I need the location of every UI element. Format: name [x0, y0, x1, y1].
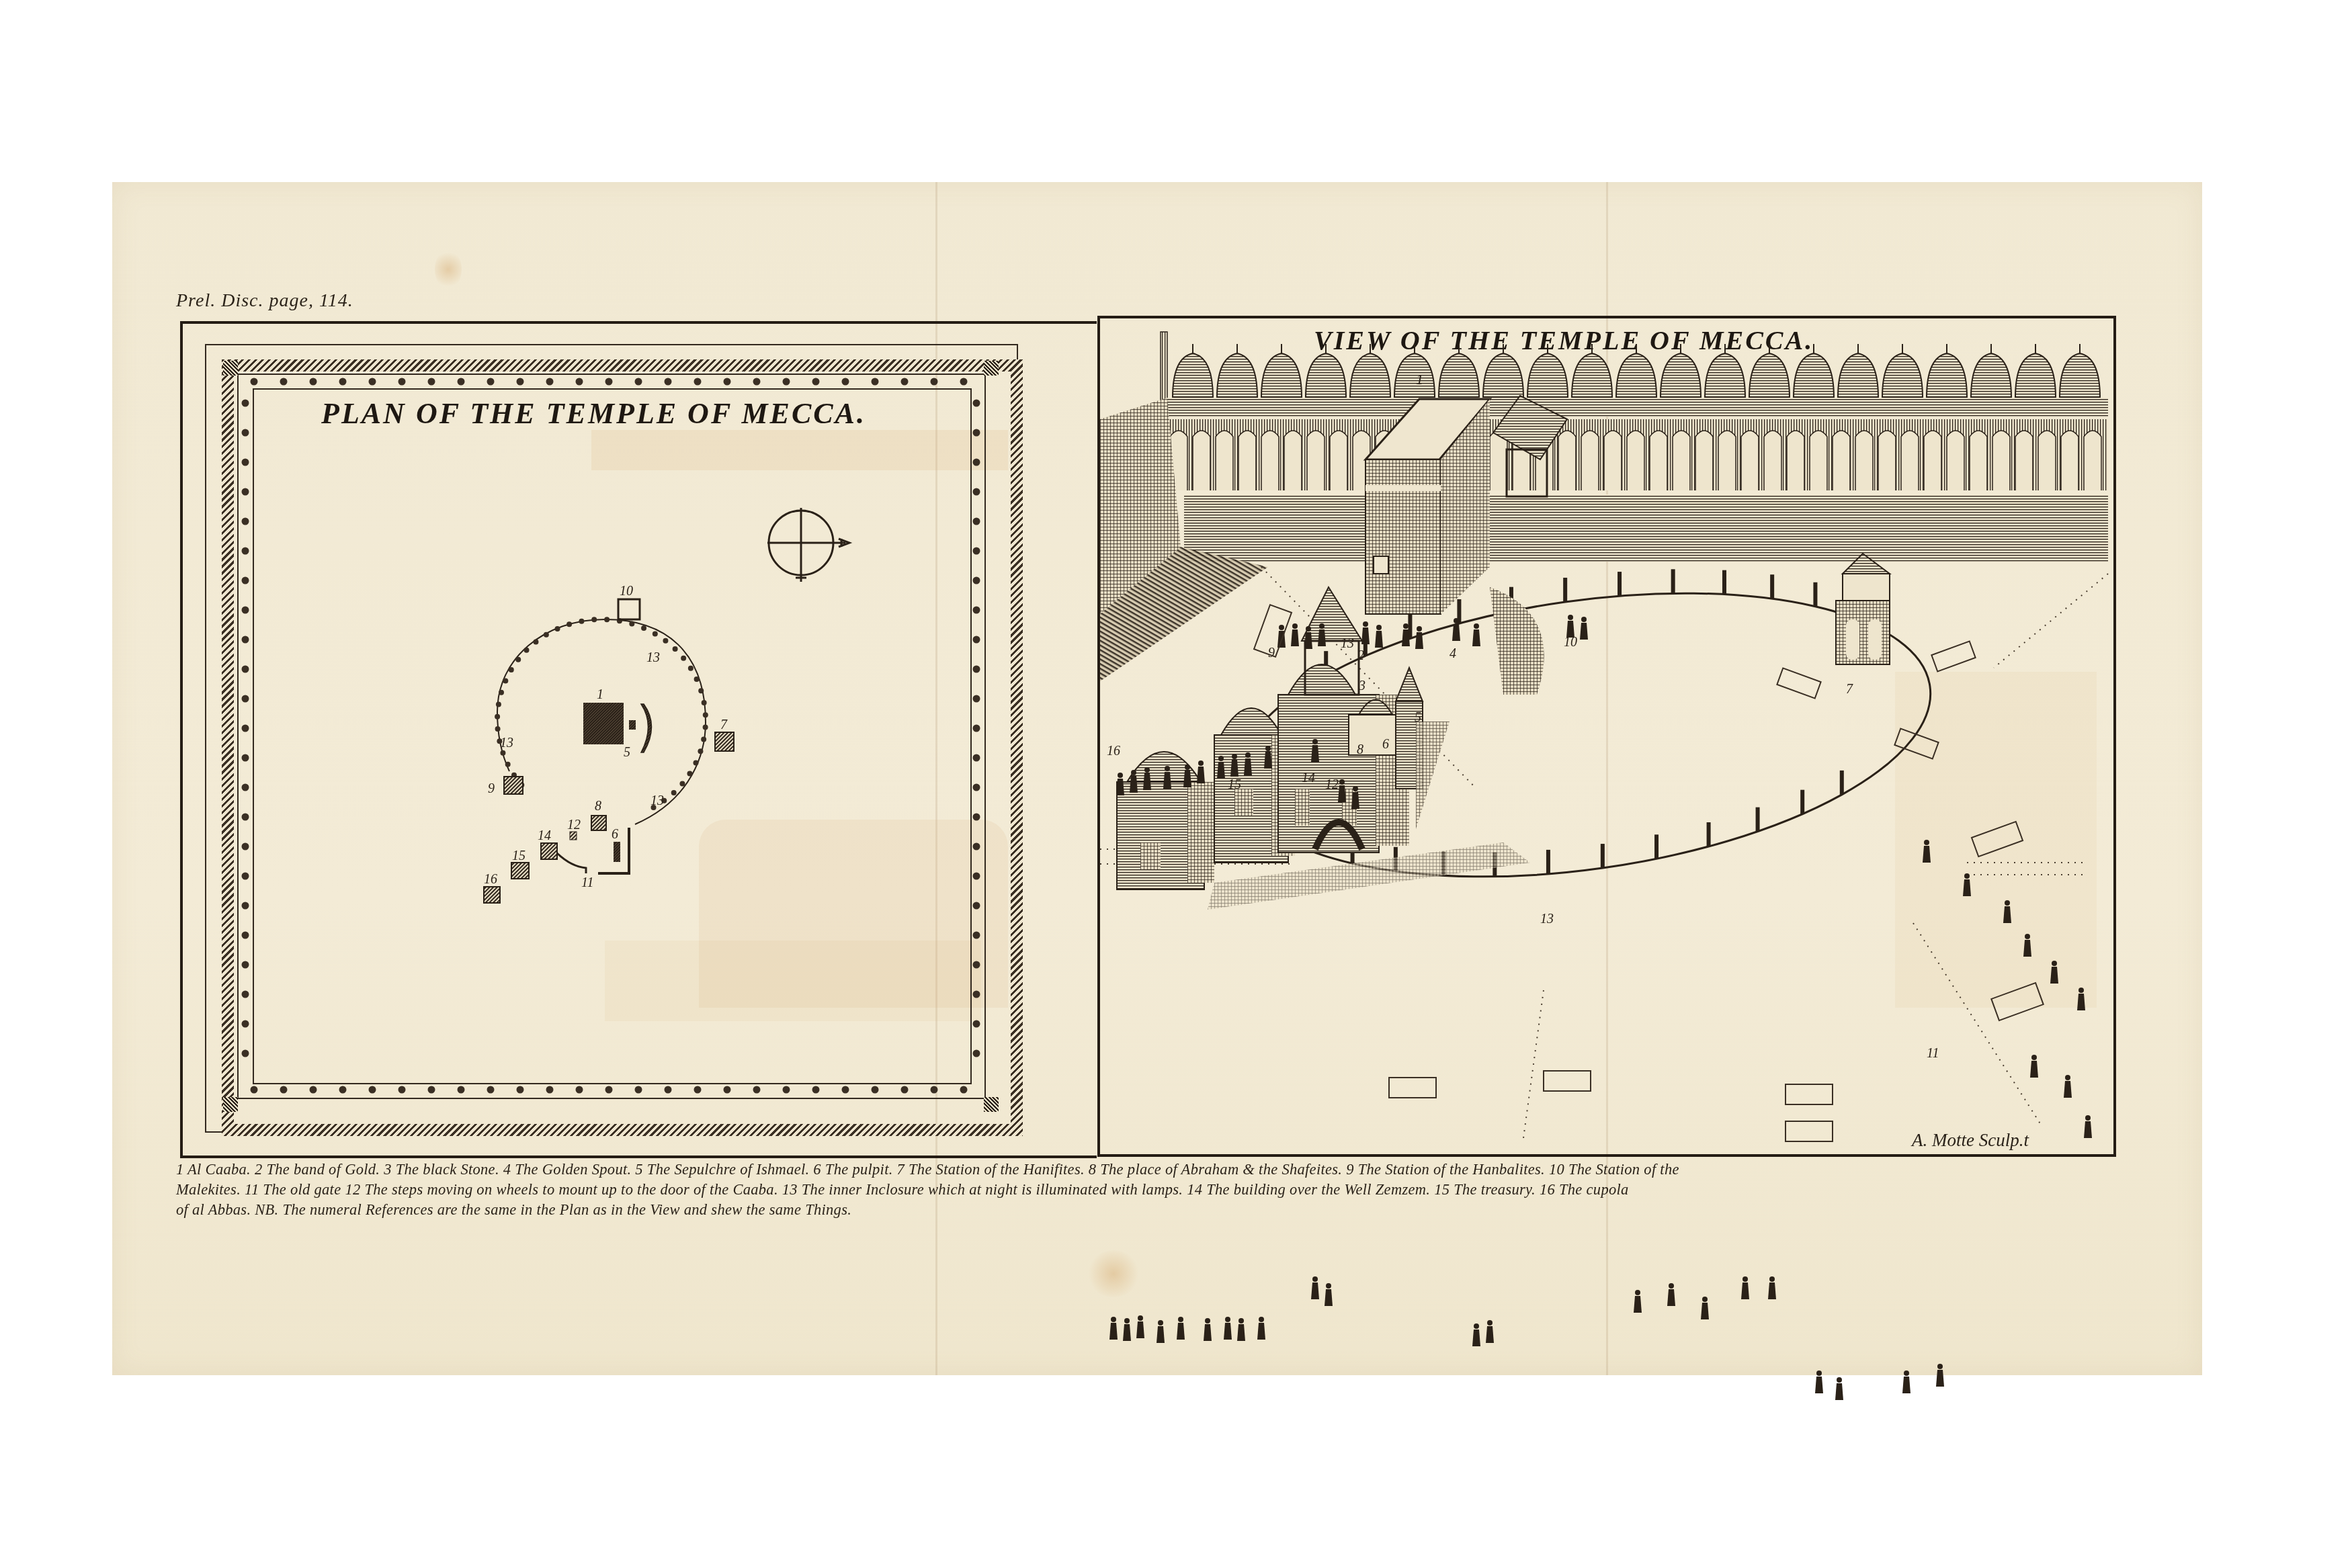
view-label-13: 13 — [1540, 912, 1554, 926]
view-label-16: 16 — [1107, 744, 1120, 758]
plan-label-14: 14 — [538, 828, 551, 843]
view-label-2: 2 — [1357, 648, 1364, 663]
plan-label-13: 13 — [500, 736, 513, 750]
plan-label-7: 7 — [720, 717, 728, 732]
plan-label-11: 11 — [581, 875, 594, 890]
view-label-14: 14 — [1302, 771, 1315, 785]
plan-label-13: 13 — [650, 793, 664, 808]
plan-label-5: 5 — [624, 745, 630, 760]
band-of-gold — [1366, 485, 1441, 491]
station-hanifites — [1836, 554, 1890, 664]
plan-label-16: 16 — [484, 872, 497, 887]
temple-plan-diagram: 1 5 10 7 9 13 13 13 8 12 6 11 14 15 16 — [470, 571, 773, 907]
plan-label-8: 8 — [595, 799, 601, 814]
view-label-15: 15 — [1228, 777, 1241, 792]
plan-label-10: 10 — [620, 584, 633, 599]
view-label-8: 8 — [1357, 742, 1363, 757]
colonnade-entablature — [1167, 398, 2108, 417]
sepulchre-of-ishmael — [1490, 587, 1544, 695]
compass-rose-icon — [766, 503, 867, 583]
plan-label-1: 1 — [597, 687, 603, 702]
colonnade-steps — [1184, 494, 2108, 562]
plan-label-15: 15 — [512, 848, 526, 863]
view-label-7: 7 — [1846, 682, 1853, 697]
view-label-12: 12 — [1325, 777, 1339, 792]
temple-view-engraving: 1 2 3 4 5 6 7 8 9 10 11 12 13 13 14 15 1… — [1100, 318, 2109, 1150]
kaaba-door — [1374, 556, 1388, 574]
view-label-1: 1 — [1416, 371, 1423, 388]
plan-label-6: 6 — [612, 827, 618, 842]
view-label-3: 3 — [1358, 679, 1366, 693]
view-label-4: 4 — [1450, 646, 1456, 661]
view-label-11: 11 — [1927, 1046, 1939, 1061]
minaret — [1161, 332, 1167, 406]
plan-label-12: 12 — [567, 818, 581, 832]
caption-line-2: Malekites. 11 The old gate 12 The steps … — [176, 1181, 2165, 1199]
view-label-9: 9 — [1268, 646, 1275, 660]
view-label-5: 5 — [1415, 710, 1421, 725]
plan-label-9: 9 — [488, 781, 495, 796]
plan-title: PLAN OF THE TEMPLE OF MECCA. — [321, 396, 866, 431]
view-label-6: 6 — [1382, 737, 1389, 752]
engraver-credit: A. Motte Sculp.t — [1912, 1130, 2029, 1151]
caption-line-3: of al Abbas. NB. The numeral References … — [176, 1201, 2165, 1219]
view-label-13: 13 — [1341, 636, 1354, 651]
plan-label-13: 13 — [646, 650, 660, 665]
caption-line-1: 1 Al Caaba. 2 The band of Gold. 3 The bl… — [176, 1161, 2165, 1178]
